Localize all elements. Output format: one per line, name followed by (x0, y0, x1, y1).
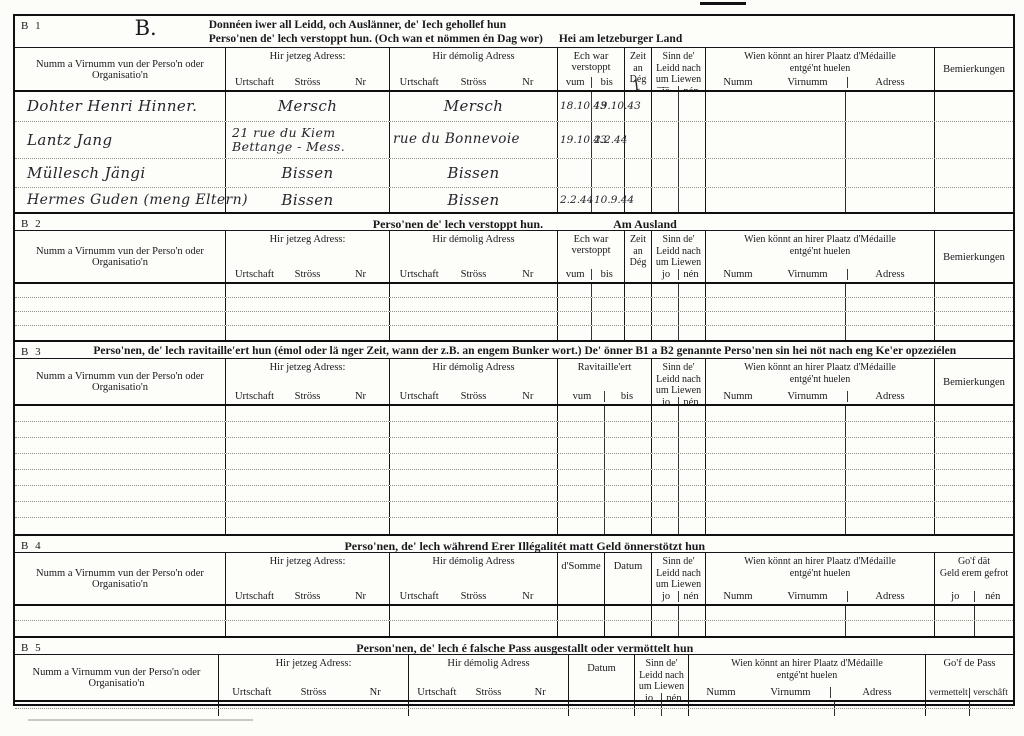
section-b2: B 2 Perso'nen de' lech verstoppt hun.Am … (15, 212, 1013, 340)
b3-empty-row (15, 422, 1013, 438)
b1-r1-bemierkungen (935, 92, 1013, 121)
b3-empty-row (15, 406, 1013, 422)
b4-title: Perso'nen, de' lech während Erer Illégal… (43, 538, 1007, 554)
scanned-form-page: B 1 B. Donnéen iwer all Leidd, och Auslä… (0, 0, 1024, 736)
b2-col-zeit: Zeit an Dég (625, 231, 652, 282)
b1-r3-nen (679, 159, 706, 187)
b4-empty-row (15, 606, 1013, 621)
b5-col-name: Numm a Virnumm vun der Perso'n oder Orga… (15, 655, 219, 700)
b1-col-bemierkungen: Bemierkungen (935, 48, 1013, 90)
section-b4: B 4 Perso'nen, de' lech während Erer Ill… (15, 534, 1013, 636)
b1-r4-name: Hermes Guden (meng Eltern) (15, 188, 226, 212)
b3-empty-row (15, 470, 1013, 486)
b2-title: Perso'nen de' lech verstoppt hun.Am Ausl… (43, 216, 1007, 232)
b4-column-headers: Numm a Virnumm vun der Perso'n oder Orga… (15, 553, 1013, 606)
b3-empty-row (15, 454, 1013, 470)
b2-title-suffix: Am Ausland (613, 217, 677, 231)
b4-col-demolig: Hir démolig Adress UrtschaftStrössNr (390, 553, 558, 604)
b3-col-ravitailleert: Ravitaille'ert vumbis (558, 359, 652, 404)
b4-col-jetzeg: Hir jetzeg Adress: UrtschaftStrössNr (226, 553, 390, 604)
b3-col-medaille: Wien könnt an hirer Plaatz d'Médaille en… (706, 359, 935, 404)
b1-r4-demolig: Bissen (390, 188, 558, 212)
b2-col-medaille: Wien könnt an hirer Plaatz d'Médaille en… (706, 231, 935, 282)
b3-section-id: B 3 (21, 344, 43, 358)
b3-col-sinn: Sinn de' Leidd nach um Liewen jonén (652, 359, 706, 404)
b5-col-medaille: Wien könnt an hirer Plaatz d'Médaille en… (689, 655, 926, 700)
b1-r4-jo (652, 188, 679, 212)
b1-r3-medaille (706, 159, 935, 187)
b1-r4-medaille (706, 188, 935, 212)
b5-col-datum: Datum (569, 655, 635, 700)
b1-col-jetzeg: Hir jetzeg Adress: UrtschaftStrössNr (226, 48, 390, 90)
b1-row-3: Müllesch Jängi Bissen Bissen (15, 159, 1013, 188)
b3-empty-row (15, 438, 1013, 454)
b1-letter: B. (135, 16, 157, 40)
b1-r4-zeit (625, 188, 652, 212)
b1-title-line2-wrap: Perso'nen de' lech verstoppt hun. (Och w… (209, 32, 683, 46)
b2-empty-row (15, 284, 1013, 298)
b1-r1-medaille (706, 92, 935, 121)
b1-r4-nen (679, 188, 706, 212)
b1-r1-nen (679, 92, 706, 121)
b3-empty-row (15, 486, 1013, 502)
b1-r3-jetzeg: Bissen (226, 159, 390, 187)
b4-col-datum: Datum (605, 553, 652, 604)
b3-empty-row (15, 518, 1013, 534)
b1-r2-zeit (625, 122, 652, 158)
b1-r3-zeit (625, 159, 652, 187)
b5-empty-row (15, 709, 1013, 716)
b1-r2-name: Lantz Jang (15, 122, 226, 158)
b3-col-jetzeg: Hir jetzeg Adress: UrtschaftStrössNr (226, 359, 390, 404)
b5-col-gof-pass: Go'f de Pass vermetteltverschâft (926, 655, 1013, 700)
b1-row-2: Lantz Jang 21 rue du KiemBettange - Mess… (15, 122, 1013, 159)
b4-empty-row (15, 621, 1013, 636)
b1-r3-vum (558, 159, 592, 187)
b5-column-headers: Numm a Virnumm vun der Perso'n oder Orga… (15, 655, 1013, 702)
b1-col-sinn: Sinn de' Leidd nach um Liewen jonén — (652, 48, 706, 90)
b2-empty-row (15, 326, 1013, 340)
section-b3: B 3 Perso'nen, de' lech ravitaille'ert h… (15, 340, 1013, 534)
b1-r4-bis: 10.9.44 (592, 188, 625, 212)
b2-empty-row (15, 298, 1013, 312)
b1-title-bar: B 1 B. Donnéen iwer all Leidd, och Auslä… (15, 16, 1013, 48)
b1-col-zeit: Zeit an Dég 1 (625, 48, 652, 90)
b4-col-gof-geld: Go'f dät Geld erem gefrot jonén (935, 553, 1013, 604)
b1-section-id: B 1 (21, 18, 43, 32)
b5-col-sinn: Sinn de' Leidd nach um Liewen jonén (635, 655, 689, 700)
b2-col-sinn: Sinn de' Leidd nach um Liewen jonén (652, 231, 706, 282)
b5-empty-row (15, 702, 1013, 709)
b5-col-jetzeg: Hir jetzeg Adress: UrtschaftStrössNr (219, 655, 409, 700)
section-b1: B 1 B. Donnéen iwer all Leidd, och Auslä… (15, 16, 1013, 212)
b2-column-headers: Numm a Virnumm vun der Perso'n oder Orga… (15, 231, 1013, 284)
b1-r3-jo (652, 159, 679, 187)
b4-col-name: Numm a Virnumm vun der Perso'n oder Orga… (15, 553, 226, 604)
b1-r1-zeit (625, 92, 652, 121)
b5-section-id: B 5 (21, 640, 43, 654)
b2-title-bar: B 2 Perso'nen de' lech verstoppt hun.Am … (15, 214, 1013, 231)
b1-col-demolig: Hir démolig Adress UrtschaftStrössNr (390, 48, 558, 90)
b3-empty-row (15, 502, 1013, 518)
b1-r2-bis: 2.2.44 (592, 122, 625, 158)
b1-r1-vum: 18.10.43 (558, 92, 592, 121)
b4-col-somme: d'Somme (558, 553, 605, 604)
b1-title-lines: Donnéen iwer all Leidd, och Auslänner, d… (209, 18, 683, 47)
b1-r2-vum: 19.10.43 (558, 122, 592, 158)
b2-col-verstoppt: Ech war verstoppt vumbis (558, 231, 625, 282)
b5-title-bar: B 5 Person'nen, de' lech é falsche Pass … (15, 638, 1013, 655)
b3-column-headers: Numm a Virnumm vun der Perso'n oder Orga… (15, 359, 1013, 406)
b3-col-demolig: Hir démolig Adress UrtschaftStrössNr (390, 359, 558, 404)
b1-r1-demolig: Mersch (390, 92, 558, 121)
b1-r2-medaille (706, 122, 935, 158)
b2-col-bemierkungen: Bemierkungen (935, 231, 1013, 282)
b1-r3-bis (592, 159, 625, 187)
b1-r4-jetzeg: Bissen (226, 188, 390, 212)
b1-r1-jo (652, 92, 679, 121)
b1-r3-demolig: Bissen (390, 159, 558, 187)
b1-col-medaille: Wien könnt an hirer Plaatz d'Médaille en… (706, 48, 935, 90)
b1-r3-name: Müllesch Jängi (15, 159, 226, 187)
b2-section-id: B 2 (21, 216, 43, 230)
b1-r1-bis: 19.10.43 (592, 92, 625, 121)
b2-empty-row (15, 312, 1013, 326)
b1-r2-jetzeg: 21 rue du KiemBettange - Mess. (226, 122, 390, 158)
b4-title-bar: B 4 Perso'nen, de' lech während Erer Ill… (15, 536, 1013, 553)
b1-r4-bemierkungen (935, 188, 1013, 212)
b1-r2-bemierkungen (935, 122, 1013, 158)
b1-r2-nen (679, 122, 706, 158)
b3-col-name: Numm a Virnumm vun der Perso'n oder Orga… (15, 359, 226, 404)
b4-col-medaille: Wien könnt an hirer Plaatz d'Médaille en… (706, 553, 935, 604)
b1-r2-demolig: rue du Bonnevoie (390, 122, 558, 158)
b1-row-4: Hermes Guden (meng Eltern) Bissen Bissen… (15, 188, 1013, 212)
b1-title-line2: Perso'nen de' lech verstoppt hun. (Och w… (209, 33, 543, 45)
section-b5: B 5 Person'nen, de' lech é falsche Pass … (15, 636, 1013, 716)
b1-row-1: Dohter Henri Hinner. Mersch Mersch 18.10… (15, 92, 1013, 122)
b2-col-jetzeg: Hir jetzeg Adress: UrtschaftStrössNr (226, 231, 390, 282)
b2-col-name: Numm a Virnumm vun der Perso'n oder Orga… (15, 231, 226, 282)
b2-col-demolig: Hir démolig Adress UrtschaftStrössNr (390, 231, 558, 282)
b1-r2-jo (652, 122, 679, 158)
b1-title-suffix: Hei am letzeburger Land (559, 33, 682, 45)
b3-title-bar: B 3 Perso'nen, de' lech ravitaille'ert h… (15, 342, 1013, 359)
scan-artifact-bottom-line (28, 719, 253, 721)
b1-col-verstoppt: Ech war verstoppt vumbis (558, 48, 625, 90)
b3-col-bemierkungen: Bemierkungen (935, 359, 1013, 404)
b5-col-demolig: Hir démolig Adress UrtschaftStrössNr (409, 655, 569, 700)
b1-r1-jetzeg: Mersch (226, 92, 390, 121)
b5-title: Person'nen, de' lech é falsche Pass ausg… (43, 640, 1007, 656)
b4-section-id: B 4 (21, 538, 43, 552)
b3-title-suffix: De' önner B1 a B2 genannte Perso'nen sin… (584, 345, 956, 357)
b1-r1-name: Dohter Henri Hinner. (15, 92, 226, 121)
questionnaire-form: B 1 B. Donnéen iwer all Leidd, och Auslä… (13, 14, 1015, 706)
b1-r3-bemierkungen (935, 159, 1013, 187)
b4-col-sinn: Sinn de' Leidd nach um Liewen jonén (652, 553, 706, 604)
b1-col-name: Numm a Virnumm vun der Perso'n oder Orga… (15, 48, 226, 90)
scan-artifact-top-dash (700, 2, 746, 5)
b1-r4-vum: 2.2.44 (558, 188, 592, 212)
b1-jo-handwritten-mark: — (657, 79, 669, 90)
b1-title-line1: Donnéen iwer all Leidd, och Auslänner, d… (209, 18, 683, 32)
b1-column-headers: Numm a Virnumm vun der Perso'n oder Orga… (15, 48, 1013, 92)
b3-title: Perso'nen, de' lech ravitaille'ert hun (… (43, 344, 1007, 357)
